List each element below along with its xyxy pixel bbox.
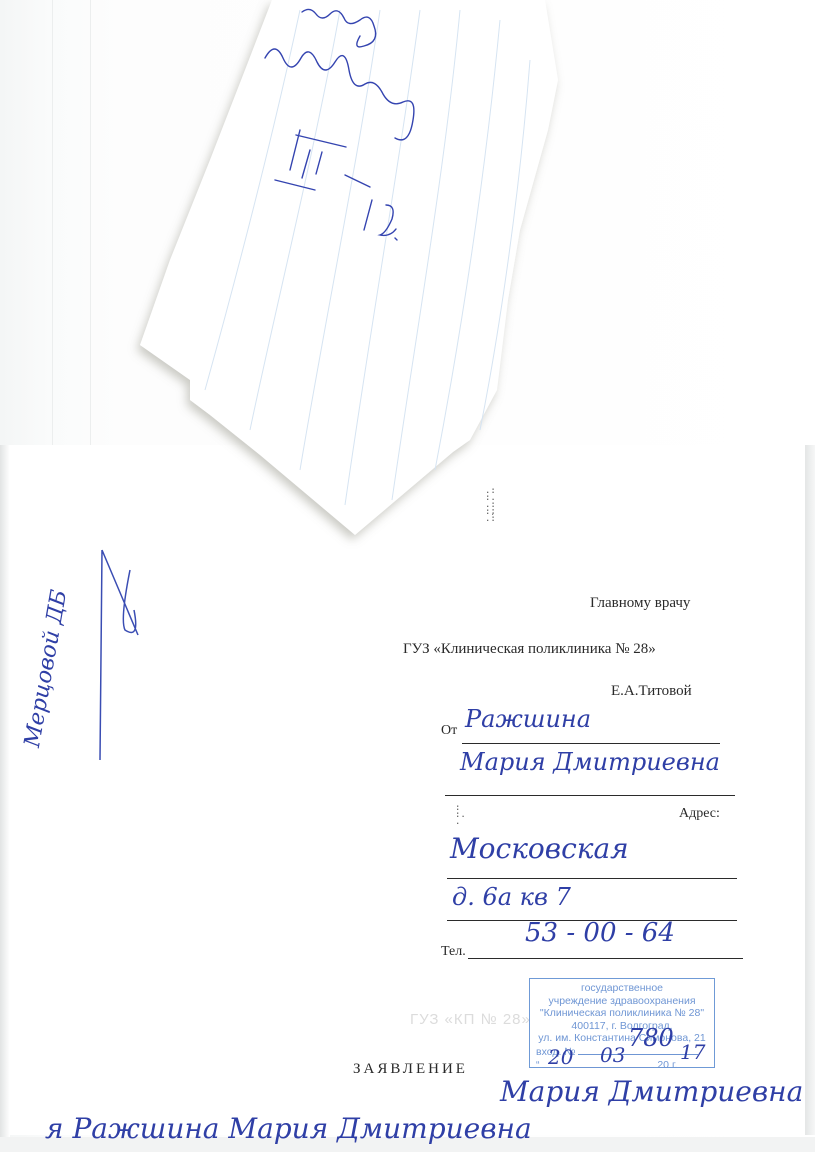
stamp-line: учреждение здравоохранения	[530, 995, 714, 1008]
sheet-left-shadow	[0, 445, 10, 1137]
from-value-line1: Ражшина	[465, 705, 591, 733]
from-value-line2: Мария Дмитриевна	[460, 748, 720, 776]
phone-label: Тел.	[441, 944, 466, 960]
faint-stamp-imprint: ГУЗ «КП № 28»	[410, 1011, 531, 1028]
sheet-edge	[805, 445, 815, 1135]
from-underline-2	[445, 795, 735, 796]
phone-underline	[468, 958, 743, 959]
scan-artifact-line	[90, 0, 91, 445]
address-label: Адрес:	[679, 806, 720, 822]
addressee-organization: ГУЗ «Клиническая поликлиника № 28»	[403, 641, 656, 658]
addressee-title: Главному врачу	[590, 595, 690, 612]
scan-artifact-line	[52, 0, 53, 445]
stamp-line: 400117, г. Волгоград,	[530, 1020, 714, 1033]
date-month: 03	[600, 1043, 625, 1067]
from-label: От	[441, 723, 457, 739]
body-handwriting-line2: я Ражшина Мария Дмитриевна	[45, 1112, 532, 1145]
body-handwriting-line1: Мария Дмитриевна	[500, 1075, 803, 1108]
document-heading: ЗАЯВЛЕНИЕ	[353, 1061, 468, 1078]
year-prefix: 20	[657, 1059, 669, 1071]
address-value-line2: д. 6а кв 7	[452, 883, 571, 911]
addressee-name: Е.А.Титовой	[611, 683, 692, 700]
from-underline	[462, 743, 720, 744]
signature-mark	[90, 540, 160, 770]
stamp-line: государственное	[530, 982, 714, 995]
scan-speckle: .::..::;.:	[485, 488, 496, 523]
scan-speckle: ::..	[455, 805, 466, 826]
incoming-number: 780	[628, 1024, 674, 1052]
stamp-line: "Клиническая поликлиника № 28"	[530, 1007, 714, 1020]
address-underline-1	[447, 878, 737, 879]
date-day: 20	[548, 1045, 573, 1069]
address-value-line1: Московская	[450, 832, 629, 865]
phone-value: 53 - 00 - 64	[525, 918, 675, 948]
year-suffix: 17	[680, 1040, 705, 1064]
